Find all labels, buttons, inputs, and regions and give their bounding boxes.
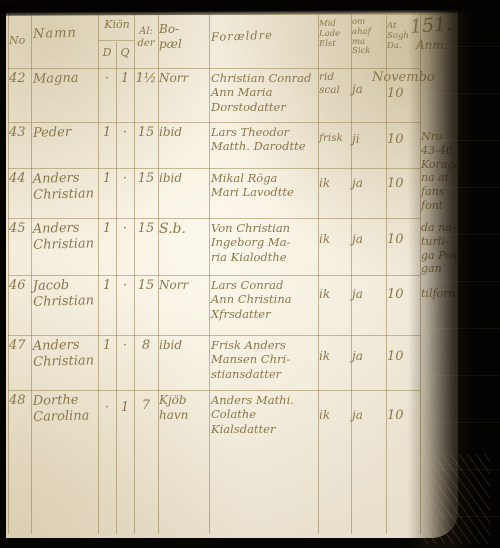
parents-cell: Von Christian Ingeborg Ma- ria Kialodthe xyxy=(211,221,319,264)
col-a-cell: ik xyxy=(319,408,350,423)
name-cell: Anders Christian xyxy=(33,337,98,371)
col-c-cell: 10 xyxy=(387,408,420,424)
parents-cell: Anders Mathi. Colathe Kialsdatter xyxy=(211,393,319,436)
col-a-cell: ik xyxy=(319,232,350,247)
row-number: 42 xyxy=(9,71,31,87)
row-number: 45 xyxy=(9,221,31,237)
header-no: No xyxy=(9,34,31,48)
table-header: No Namn Kiön D Q Al: der Bo- pæl Forældr… xyxy=(6,14,458,68)
page-paper: No Namn Kiön D Q Al: der Bo- pæl Forældr… xyxy=(6,10,458,538)
name-cell: Anders Christian xyxy=(33,170,98,204)
residence-cell: ibid xyxy=(159,125,209,140)
header-residence: Bo- pæl xyxy=(159,22,209,52)
col-c-cell: 10 xyxy=(387,132,420,148)
table-row: 42 Magna · 1 1½ Norr Christian Conrad An… xyxy=(6,68,458,122)
parents-cell: Lars Conrad Ann Christina Xfrsdatter xyxy=(211,278,319,321)
sex-d-cell: 1 xyxy=(98,171,116,187)
sex-d-cell: · xyxy=(98,71,116,87)
header-sex: Kiön xyxy=(100,18,134,32)
parents-cell: Frisk Anders Mansen Chri- stiansdatter xyxy=(211,338,319,381)
table-row: 44 Anders Christian 1 · 15 ibid Mikal Rö… xyxy=(6,168,458,218)
page-number: 151. xyxy=(409,12,467,40)
sex-d-cell: 1 xyxy=(98,338,116,354)
sex-q-cell: 1 xyxy=(116,400,134,416)
sex-q-cell: · xyxy=(116,221,134,237)
parents-cell: Lars Theodor Matth. Darodtte xyxy=(211,125,319,154)
table-row: 45 Anders Christian 1 · 15 S.b. Von Chri… xyxy=(6,218,458,275)
header-col-b: om ahaf ma Sick xyxy=(352,18,385,57)
col-a-cell: ik xyxy=(319,176,350,191)
sex-d-cell: 1 xyxy=(98,125,116,141)
col-c-cell: 10 xyxy=(387,176,420,192)
scanned-ledger-page: No Namn Kiön D Q Al: der Bo- pæl Forældr… xyxy=(0,0,500,548)
col-a-cell: ik xyxy=(319,349,350,364)
age-cell: 15 xyxy=(134,171,158,187)
anm-cell: Novembo xyxy=(372,70,468,86)
row-number: 44 xyxy=(9,171,31,187)
age-cell: 7 xyxy=(134,398,158,414)
sex-q-cell: 1 xyxy=(116,71,134,87)
name-cell: Jacob Christian xyxy=(33,277,98,311)
table-row: 47 Anders Christian 1 · 8 ibid Frisk And… xyxy=(6,335,458,390)
col-a-cell: rid scal xyxy=(319,71,350,97)
anm-cell: da na- turli- ga Pox- gan xyxy=(421,221,481,276)
col-c-cell: 10 xyxy=(387,86,420,102)
col-b-cell: ji xyxy=(352,132,385,147)
table-row: 46 Jacob Christian 1 · 15 Norr Lars Conr… xyxy=(6,275,458,335)
anm-cell: tilforn xyxy=(421,287,481,301)
table-row: 48 Dorthe Carolina · 1 7 Kjöb havn Ander… xyxy=(6,390,458,538)
residence-cell: ibid xyxy=(159,338,209,353)
age-cell: 15 xyxy=(134,278,158,294)
row-number: 47 xyxy=(9,338,31,354)
name-cell: Anders Christian xyxy=(33,220,98,254)
row-number: 43 xyxy=(9,125,31,141)
col-b-cell: ja xyxy=(352,176,385,191)
name-cell: Peder xyxy=(33,124,97,142)
sex-d-cell: 1 xyxy=(98,278,116,294)
age-cell: 8 xyxy=(134,338,158,354)
sex-q-cell: · xyxy=(116,278,134,294)
residence-cell: Kjöb havn xyxy=(159,393,209,423)
age-cell: 1½ xyxy=(134,71,158,87)
table-row: 43 Peder 1 · 15 ibid Lars Theodor Matth.… xyxy=(6,122,458,168)
sex-d-cell: · xyxy=(98,400,116,416)
residence-cell: Norr xyxy=(159,71,209,86)
col-a-cell: ik xyxy=(319,287,350,302)
col-b-cell: ja xyxy=(352,287,385,302)
header-anm: Anm: xyxy=(416,38,466,53)
row-number: 48 xyxy=(9,393,31,409)
residence-cell: ibid xyxy=(159,171,209,186)
header-sex-q: Q xyxy=(116,46,134,60)
col-c-cell: 10 xyxy=(387,232,420,248)
header-name: Namn xyxy=(33,25,97,43)
col-b-cell: ja xyxy=(352,349,385,364)
sex-q-cell: · xyxy=(116,338,134,354)
sex-q-cell: · xyxy=(116,171,134,187)
header-parents: Forældre xyxy=(211,26,319,44)
header-sex-d: D xyxy=(98,46,116,60)
col-b-cell: ja xyxy=(352,408,385,423)
sex-q-cell: · xyxy=(116,125,134,141)
sex-d-cell: 1 xyxy=(98,221,116,237)
residence-cell: Norr xyxy=(159,278,209,293)
age-cell: 15 xyxy=(134,125,158,141)
col-a-cell: frisk xyxy=(319,132,350,145)
anm-cell: na at fans font xyxy=(421,171,481,212)
parents-cell: Mikal Röga Mari Lavodtte xyxy=(211,171,319,200)
age-cell: 15 xyxy=(134,221,158,237)
col-c-cell: 10 xyxy=(387,287,420,303)
col-c-cell: 10 xyxy=(387,349,420,365)
col-b-cell: ja xyxy=(352,232,385,247)
anm-cell: Nro 43-46 Koraga xyxy=(421,130,481,171)
name-cell: Dorthe Carolina xyxy=(33,392,98,426)
name-cell: Magna xyxy=(33,70,97,88)
parents-cell: Christian Conrad Ann Maria Dorstodatter xyxy=(211,71,319,114)
header-age: Al: der xyxy=(134,26,158,49)
header-col-a: Mid Lade Elst xyxy=(319,20,350,49)
residence-cell: S.b. xyxy=(159,221,209,239)
row-number: 46 xyxy=(9,278,31,294)
